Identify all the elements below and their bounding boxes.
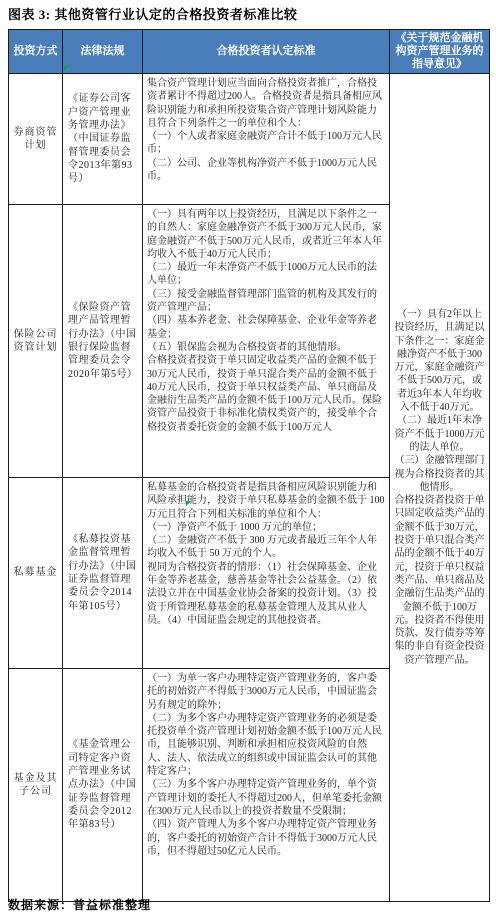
col-header-standard: 合格投资者认定标准: [143, 30, 390, 74]
table-header-row: 投资方式 法律法规 合格投资者认定标准 《关于规范金融机构资产管理业务的指导意见…: [9, 30, 490, 74]
cell-guidance-merged: （一）具有2年以上投资经历，且满足以下条件之一：家庭金融净资产不低于300万元，…: [390, 74, 490, 902]
cell-method-securities: 券商资管计划: [9, 74, 63, 205]
cell-standard-insurance: （一）具有两年以上投资经历，且满足以下条件之一的自然人：家庭金融净资产不低于30…: [143, 205, 390, 478]
col-header-law: 法律法规: [63, 30, 143, 74]
cell-law-insurance: 《保险资产管理产品管理暂行办法》（中国银行保险监督管理委员会令2020年第5号）: [63, 205, 143, 478]
col-header-method: 投资方式: [9, 30, 63, 74]
cell-law-private-fund: 《私募投资基金监督管理暂行办法》（中国证券监督管理委员会令2014年第105号）: [63, 478, 143, 669]
report-page: 图表 3: 其他资管行业认定的合格投资者标准比较 投资方式 法律法规 合格投资者…: [0, 0, 496, 918]
comparison-table: 投资方式 法律法规 合格投资者认定标准 《关于规范金融机构资产管理业务的指导意见…: [8, 29, 490, 902]
cell-standard-securities: 集合资产管理计划应当面向合格投资者推广，合格投资者累计不得超过200人。合格投资…: [143, 74, 390, 205]
cell-law-securities: 《证券公司客户资产管理业务管理办法》（中国证券监督管理委员会令2013年第93号…: [63, 74, 143, 205]
cell-method-insurance: 保险公司资管计划: [9, 205, 63, 478]
data-source: 数据来源：普益标准整理: [8, 896, 151, 913]
cell-standard-fund-subsidiary: （一）为单一客户办理特定资产管理业务的，客户委托的初始资产不得低于3000万元人…: [143, 669, 390, 902]
figure-title: 图表 3: 其他资管行业认定的合格投资者标准比较: [8, 4, 492, 23]
col-header-guidance: 《关于规范金融机构资产管理业务的指导意见》: [390, 30, 490, 74]
table-row-securities: 券商资管计划 《证券公司客户资产管理业务管理办法》（中国证券监督管理委员会令20…: [9, 74, 490, 205]
cell-law-fund-subsidiary: 《基金管理公司特定客户资产管理业务试点办法》（中国证券监督管理委员会令2012年…: [63, 669, 143, 902]
cell-flag-icon: [186, 501, 191, 506]
cell-method-fund-subsidiary: 基金及其子公司: [9, 669, 63, 902]
cell-standard-private-fund: 私募基金的合格投资者是指具备相应风险识别能力和风险承担能力，投资于单只私募基金的…: [143, 478, 390, 669]
cell-flag-icon: [64, 66, 69, 71]
cell-method-private-fund: 私募基金: [9, 478, 63, 669]
